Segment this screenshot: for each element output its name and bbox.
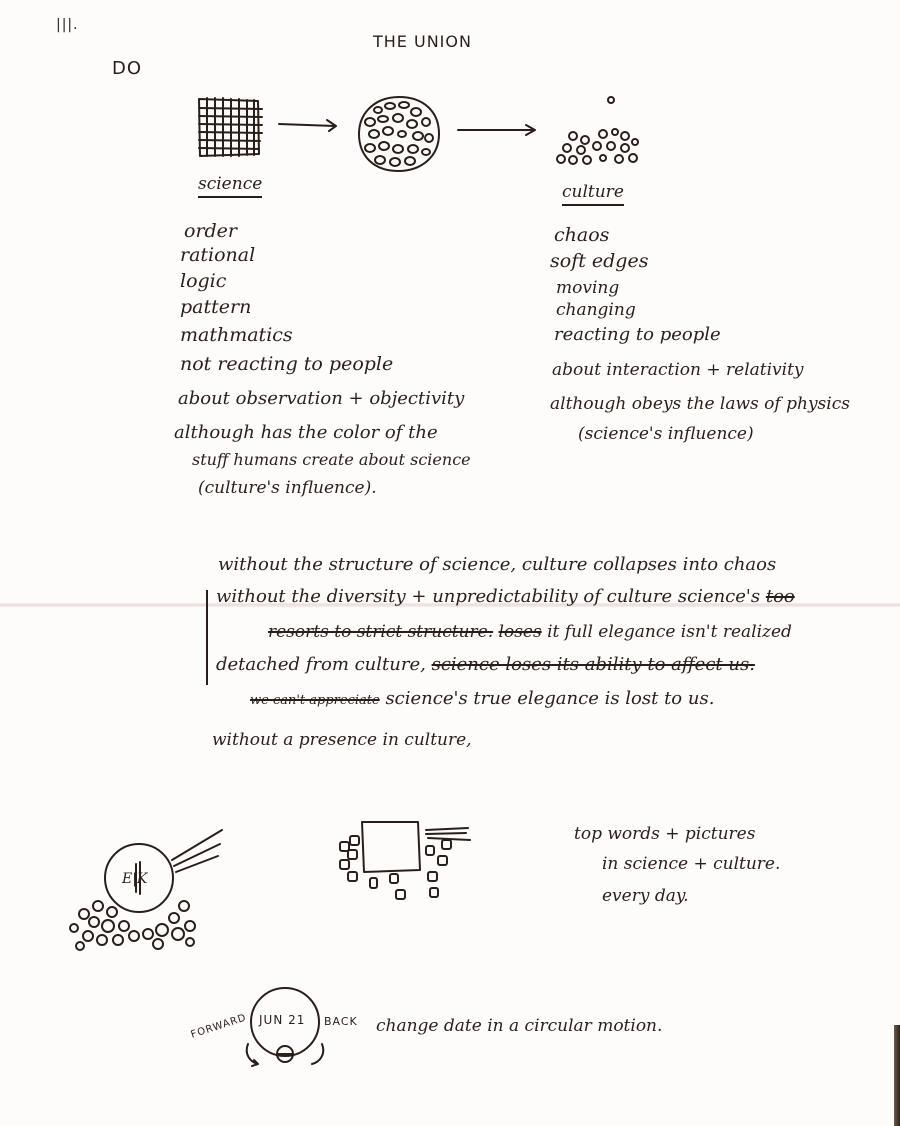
arrow-right-icon <box>277 118 341 134</box>
note-line: top words + pictures <box>574 826 755 843</box>
paragraph-text: without the diversity + unpredictability… <box>216 586 760 607</box>
paragraph-line: without a presence in culture, <box>212 732 472 749</box>
paragraph-text: detached from culture, <box>216 654 426 675</box>
corner-label: DO <box>112 60 142 78</box>
margin-bracket <box>206 590 208 685</box>
blended-circle-icon <box>356 94 442 174</box>
paragraph-text: science's true elegance is lost to us. <box>385 688 714 709</box>
science-trait: not reacting to people <box>180 355 393 374</box>
culture-trait: soft edges <box>550 252 648 271</box>
grid-icon <box>196 96 266 160</box>
culture-trait: chaos <box>554 226 609 245</box>
culture-trait: although obeys the laws of physics <box>550 396 850 413</box>
note-line: in science + culture. <box>602 856 780 873</box>
notebook-page: |||. THE UNION DO science culture order … <box>0 0 900 1126</box>
culture-trait: moving <box>556 280 619 297</box>
struck-text: science loses its ability to affect us. <box>432 654 755 675</box>
science-trait: stuff humans create about science <box>192 452 471 468</box>
note-line: every day. <box>602 888 689 905</box>
culture-label: culture <box>562 184 624 206</box>
paragraph-line: detached from culture, science loses its… <box>216 656 755 674</box>
paragraph-line: resorts to strict structure. loses it fu… <box>268 624 792 641</box>
paper-edge-shadow <box>894 1025 900 1126</box>
science-trait: order <box>184 222 237 241</box>
science-trait: about observation + objectivity <box>178 390 464 408</box>
arrow-right-icon <box>456 124 540 140</box>
paragraph-text: it full elegance isn't realized <box>547 622 792 642</box>
culture-trait: (science's influence) <box>578 426 754 443</box>
science-label: science <box>198 176 262 198</box>
circle-label: E|K <box>122 872 147 886</box>
dial-back-label: BACK <box>324 1016 358 1027</box>
culture-trait: about interaction + relativity <box>552 362 804 379</box>
struck-text: too <box>766 586 795 607</box>
dial-caption: change date in a circular motion. <box>376 1018 662 1035</box>
scattered-dots-icon <box>553 92 645 172</box>
struck-text: resorts to strict structure. <box>268 622 493 642</box>
dial-date: JUN 21 <box>259 1014 305 1026</box>
paragraph-line: without the structure of science, cultur… <box>218 556 776 574</box>
science-trait: (culture's influence). <box>198 480 377 497</box>
culture-trait: reacting to people <box>554 326 721 344</box>
science-trait: although has the color of the <box>174 424 438 442</box>
struck-text: loses <box>499 622 542 642</box>
paragraph-line: without the diversity + unpredictability… <box>216 588 795 606</box>
square-with-blocks-icon <box>334 816 474 906</box>
paragraph-line: we can't appreciate science's true elega… <box>250 690 714 708</box>
science-trait: logic <box>180 272 226 291</box>
page-marker: |||. <box>56 18 79 32</box>
culture-trait: changing <box>556 302 636 319</box>
science-trait: mathmatics <box>180 326 293 345</box>
page-title: THE UNION <box>373 34 472 50</box>
circle-with-particles-icon <box>66 822 226 952</box>
struck-text: we can't appreciate <box>250 693 380 708</box>
science-trait: rational <box>180 246 255 265</box>
science-trait: pattern <box>180 298 251 317</box>
